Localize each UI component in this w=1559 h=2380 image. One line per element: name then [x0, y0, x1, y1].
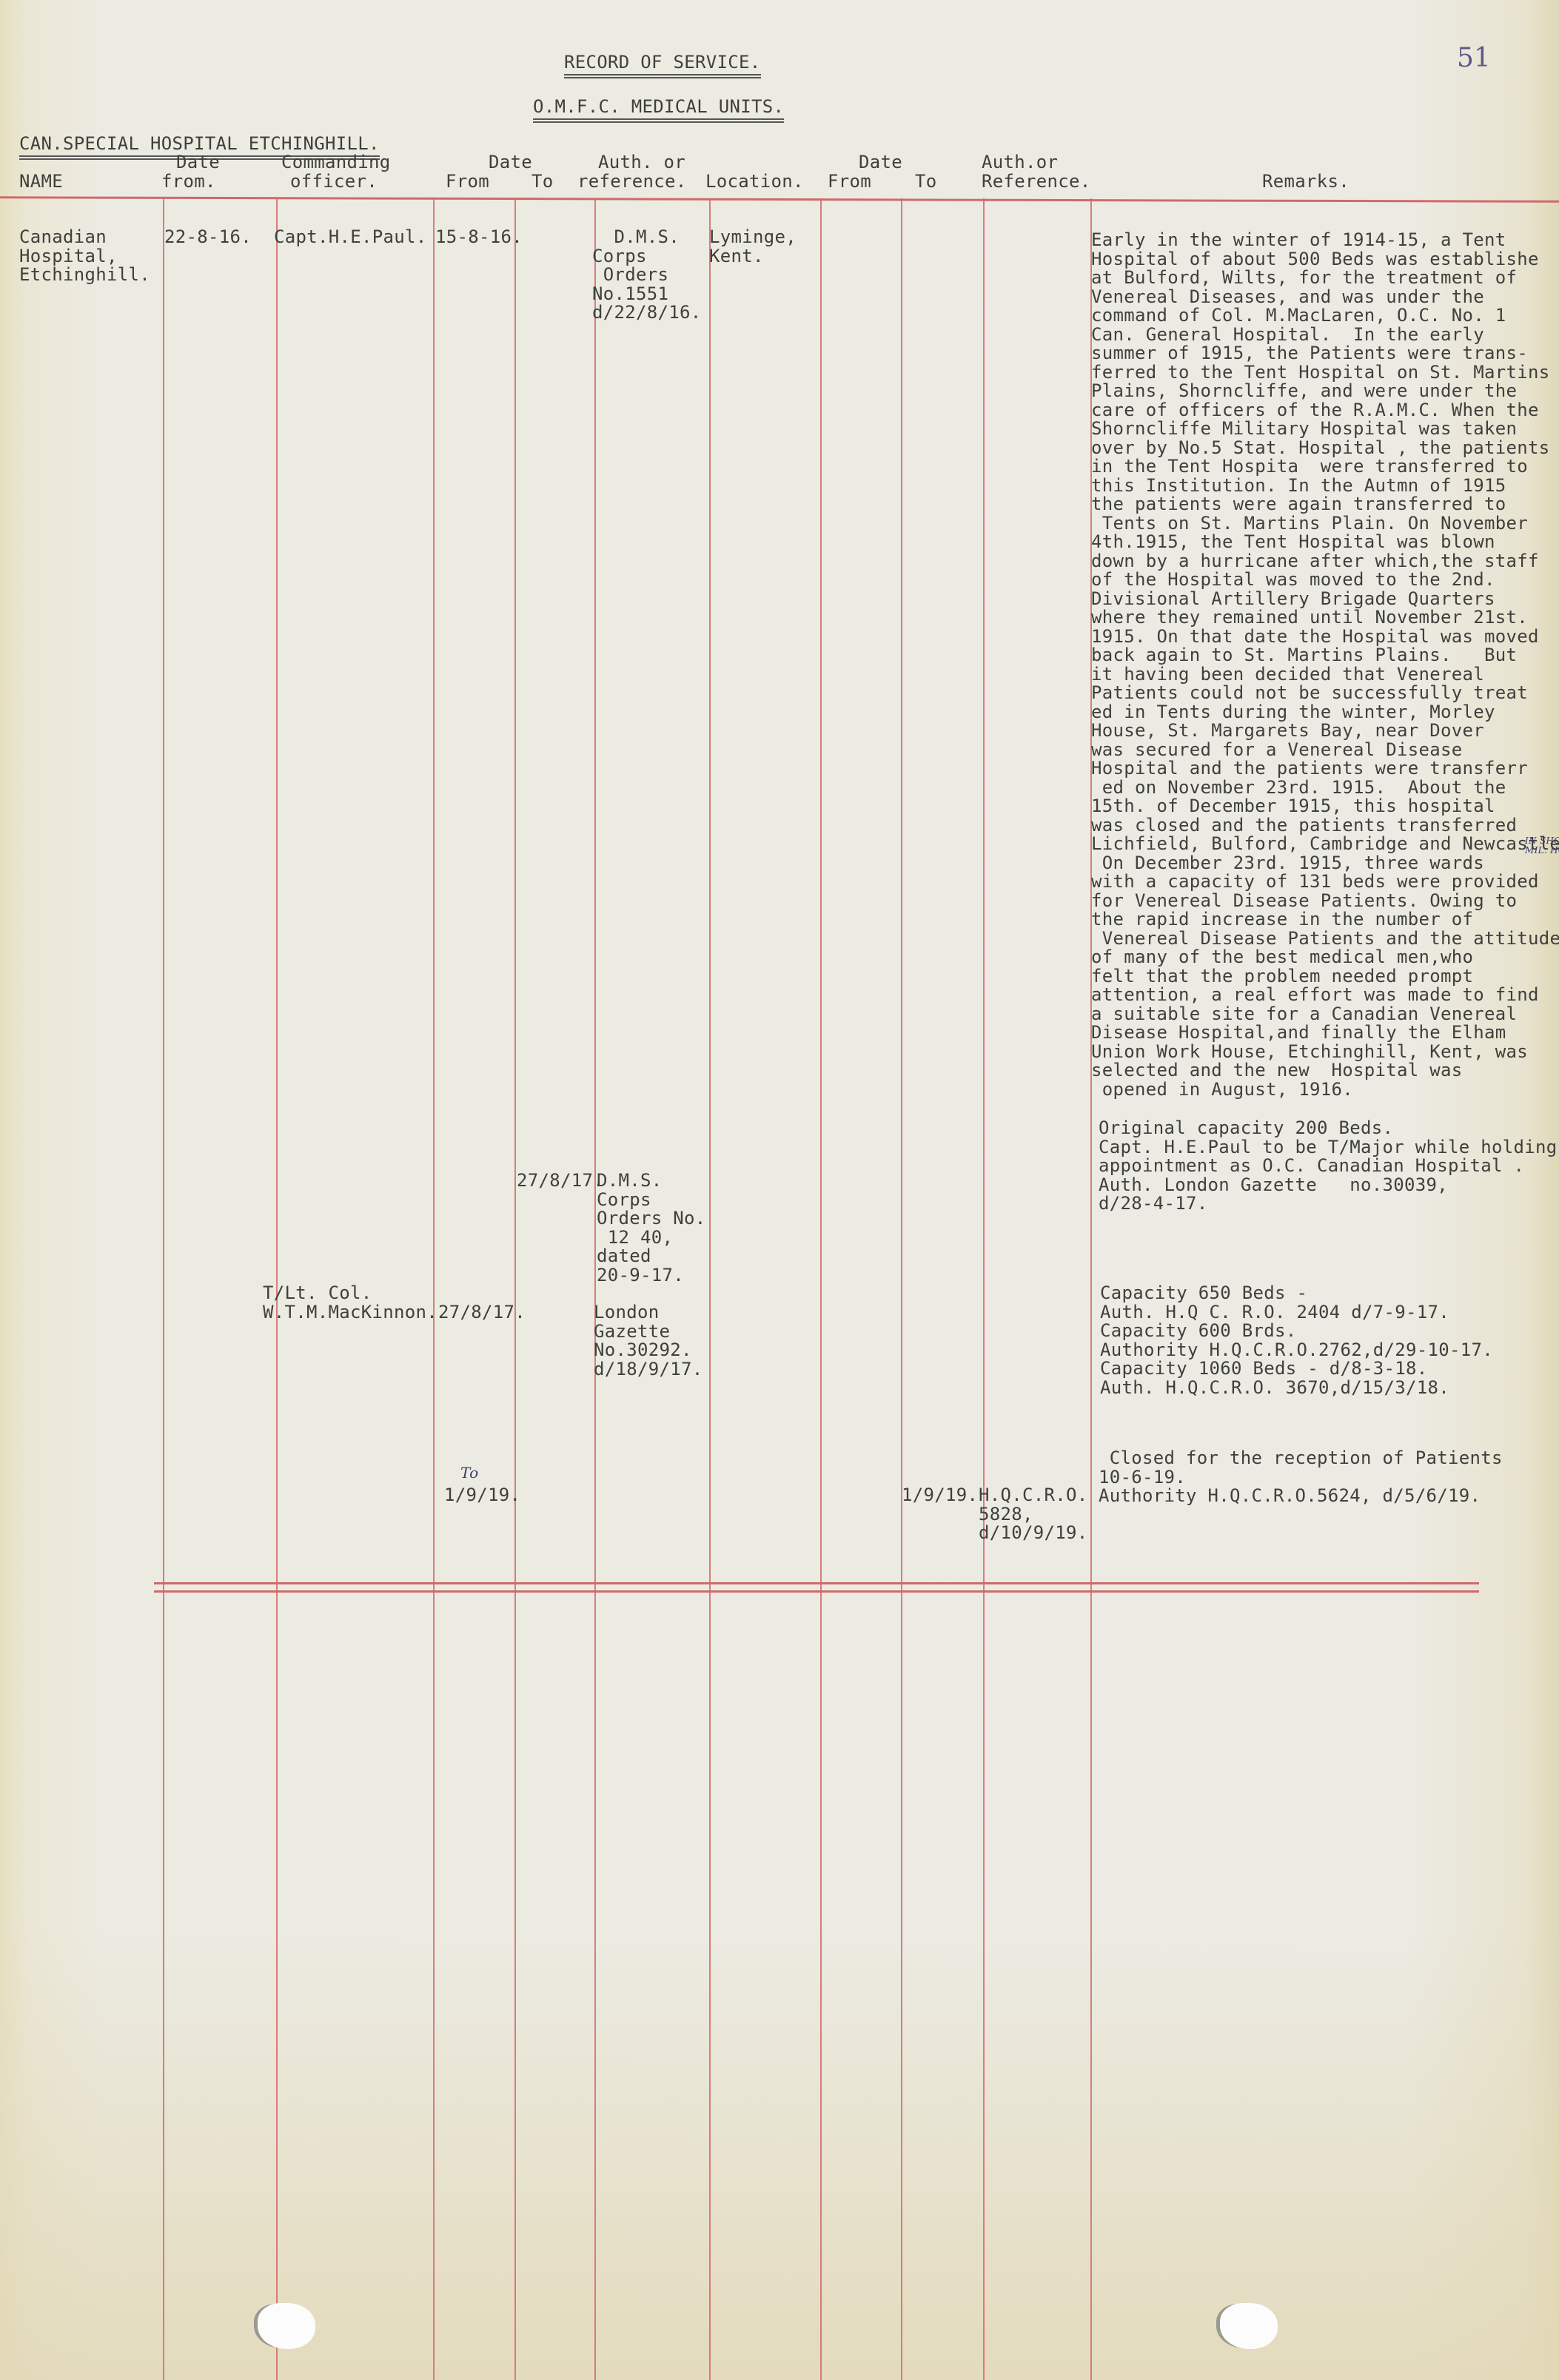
paper-aging: [0, 1924, 1559, 2380]
header-auth2-top: Auth.or: [982, 153, 1058, 172]
header-location: Location.: [705, 172, 804, 192]
header-commanding-bottom: officer.: [290, 172, 378, 192]
header-commanding-top: Commanding: [281, 153, 391, 172]
remarks-capacity-original: Original capacity 200 Beds. Capt. H.E.Pa…: [1099, 1119, 1557, 1214]
header-auth1-top: Auth. or: [598, 153, 685, 172]
entry-auth-2: D.M.S. Corps Orders No. 12 40, dated 20-…: [597, 1171, 706, 1285]
header-date2-to: To: [915, 172, 937, 192]
header-auth2-bottom: Reference.: [982, 172, 1091, 192]
punch-hole: [258, 2303, 315, 2349]
entry-location: Lyminge, Kent.: [709, 228, 797, 266]
entry-officer-1-to: 27/8/17.: [517, 1171, 604, 1191]
header-date-from-bottom: from.: [161, 172, 216, 192]
handwritten-margin-note: IN SHORNCLIFFE MIL. HOSPITAL: [1525, 836, 1559, 855]
entry-unit-name: Canadian Hospital, Etchinghill.: [19, 228, 150, 285]
closing-rule-bottom: [154, 1590, 1479, 1593]
entry-auth-1: D.M.S. Corps Orders No.1551 d/22/8/16.: [592, 228, 702, 323]
column-rule: [901, 198, 902, 2380]
header-date2-from: From: [828, 172, 871, 192]
header-rule: [0, 196, 1559, 203]
column-rule: [983, 198, 985, 2380]
column-rule: [163, 198, 164, 2380]
remarks-closed: Closed for the reception of Patients 10-…: [1099, 1449, 1503, 1506]
handwritten-to-note: To: [460, 1464, 478, 1483]
header-auth1-bottom: reference.: [577, 172, 687, 192]
remarks-capacity-changes: Capacity 650 Beds - Auth. H.Q C. R.O. 24…: [1100, 1284, 1493, 1397]
page-number: 51: [1457, 43, 1491, 73]
page-title: RECORD OF SERVICE.: [564, 53, 761, 78]
entry-date-from: 22-8-16.: [164, 228, 252, 247]
column-rule: [820, 198, 822, 2380]
punch-hole: [1220, 2303, 1278, 2349]
remarks-history: Early in the winter of 1914-15, a Tent H…: [1091, 231, 1559, 1099]
entry-officer-2: T/Lt. Col. W.T.M.MacKinnon.: [263, 1284, 437, 1322]
column-rule: [594, 198, 596, 2380]
header-date1-to: To: [532, 172, 554, 192]
header-date-from-top: Date: [176, 153, 220, 172]
entry-officer-1: Capt.H.E.Paul.: [274, 228, 427, 247]
entry-officer-2-to: 1/9/19.: [444, 1486, 520, 1505]
closing-rule-top: [154, 1582, 1479, 1584]
entry-location-to: 1/9/19.: [902, 1486, 978, 1505]
entry-auth-3: London Gazette No.30292. d/18/9/17.: [594, 1303, 703, 1379]
entry-auth-final: H.Q.C.R.O. 5828, d/10/9/19.: [979, 1486, 1088, 1543]
column-rule: [514, 198, 516, 2380]
header-date2-top: Date: [859, 153, 902, 172]
entry-officer-1-from: 15-8-16.: [435, 228, 523, 247]
header-date1-top: Date: [489, 153, 532, 172]
entry-officer-2-from: 27/8/17.: [438, 1303, 526, 1322]
header-remarks: Remarks.: [1262, 172, 1350, 192]
page-subtitle: O.M.F.C. MEDICAL UNITS.: [533, 98, 784, 123]
header-date1-from: From: [446, 172, 489, 192]
column-rule: [709, 198, 711, 2380]
header-name: NAME: [19, 172, 63, 192]
